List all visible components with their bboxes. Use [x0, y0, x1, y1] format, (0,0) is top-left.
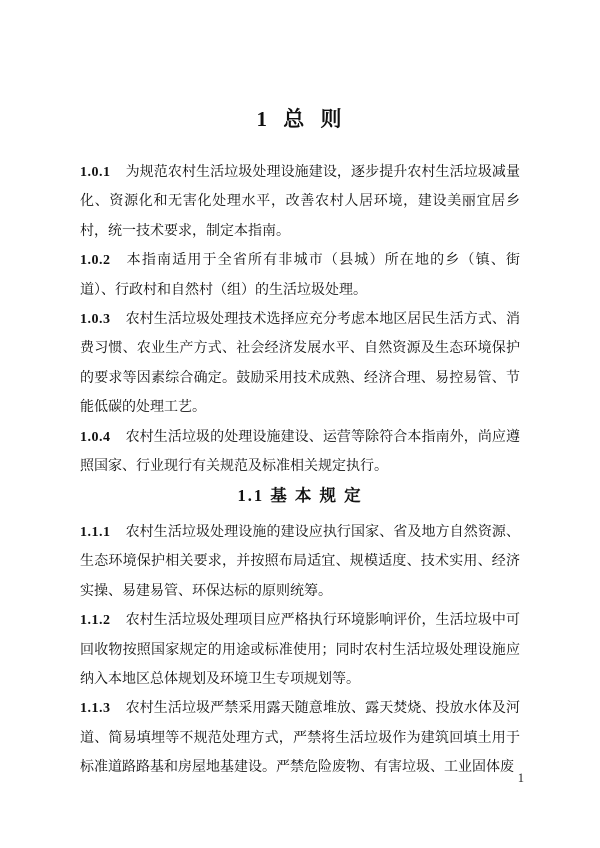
chapter-title: 1 总 则 — [80, 104, 520, 134]
clause-number: 1.1.3 — [80, 701, 111, 716]
clause-1-1-2: 1.1.2农村生活垃圾处理项目应严格执行环境影响评价，生活垃圾中可回收物按照国家… — [80, 606, 520, 694]
clause-number: 1.0.1 — [80, 165, 111, 180]
clause-text: 农村生活垃圾处理技术选择应充分考虑本地区居民生活方式、消费习惯、农业生产方式、社… — [80, 312, 520, 415]
clause-1-1-3: 1.1.3农村生活垃圾严禁采用露天随意堆放、露天焚烧、投放水体及河道、简易填埋等… — [80, 694, 520, 782]
clause-number: 1.0.2 — [80, 253, 111, 268]
clause-1-1-1: 1.1.1农村生活垃圾处理设施的建设应执行国家、省及地方自然资源、生态环境保护相… — [80, 518, 520, 606]
page-number: 1 — [518, 771, 524, 785]
clause-1-0-1: 1.0.1为规范农村生活垃圾处理设施建设，逐步提升农村生活垃圾减量化、资源化和无… — [80, 158, 520, 246]
clause-text: 农村生活垃圾处理设施的建设应执行国家、省及地方自然资源、生态环境保护相关要求，并… — [80, 525, 520, 599]
clause-text: 本指南适用于全省所有非城市（县城）所在地的乡（镇、街道）、行政村和自然村（组）的… — [80, 253, 520, 297]
clause-1-0-2: 1.0.2本指南适用于全省所有非城市（县城）所在地的乡（镇、街道）、行政村和自然… — [80, 246, 520, 305]
clause-text: 农村生活垃圾严禁采用露天随意堆放、露天焚烧、投放水体及河道、简易填埋等不规范处理… — [80, 701, 520, 775]
clause-1-0-4: 1.0.4农村生活垃圾的处理设施建设、运营等除符合本指南外，尚应遵照国家、行业现… — [80, 423, 520, 482]
clause-text: 农村生活垃圾的处理设施建设、运营等除符合本指南外，尚应遵照国家、行业现行有关规范… — [80, 430, 520, 474]
clause-number: 1.1.2 — [80, 613, 111, 628]
clause-text: 农村生活垃圾处理项目应严格执行环境影响评价，生活垃圾中可回收物按照国家规定的用途… — [80, 613, 520, 687]
clause-text: 为规范农村生活垃圾处理设施建设，逐步提升农村生活垃圾减量化、资源化和无害化处理水… — [80, 165, 520, 239]
document-page: 1 总 则 1.0.1为规范农村生活垃圾处理设施建设，逐步提升农村生活垃圾减量化… — [0, 0, 600, 848]
clause-1-0-3: 1.0.3农村生活垃圾处理技术选择应充分考虑本地区居民生活方式、消费习惯、农业生… — [80, 305, 520, 423]
clause-number: 1.0.3 — [80, 312, 111, 327]
section-title: 1.1 基 本 规 定 — [80, 481, 520, 510]
clause-number: 1.1.1 — [80, 525, 111, 540]
clause-number: 1.0.4 — [80, 430, 111, 445]
